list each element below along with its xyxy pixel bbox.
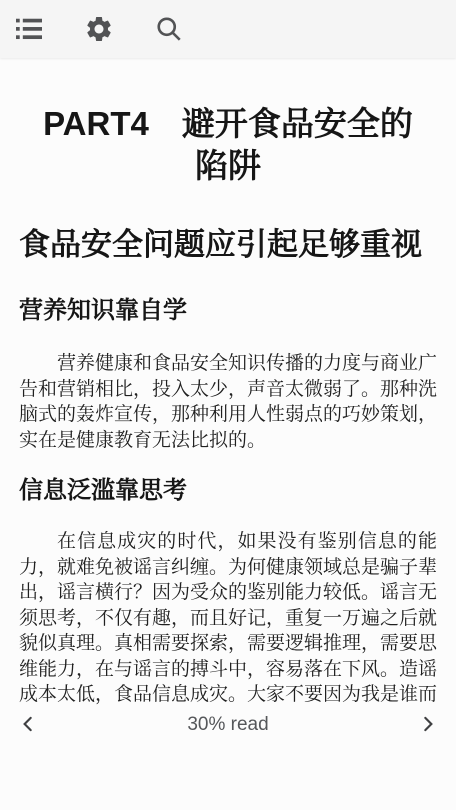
search-button[interactable] bbox=[154, 14, 184, 44]
search-icon bbox=[154, 14, 184, 44]
part-title: PART4 避开食品安全的陷阱 bbox=[19, 103, 437, 187]
top-toolbar bbox=[0, 0, 456, 58]
pagination-bar: 30% read bbox=[0, 703, 456, 747]
section-information-overload: 信息泛滥靠思考 在信息成灾的时代，如果没有鉴别信息的能力，就难免被谣言纠缠。为何… bbox=[19, 475, 437, 708]
section-nutrition-knowledge: 营养知识靠自学 营养健康和食品安全知识传播的力度与商业广告和营销相比，投入太少，… bbox=[19, 295, 437, 453]
section-heading: 营养知识靠自学 bbox=[19, 295, 437, 327]
body-paragraph: 在信息成灾的时代，如果没有鉴别信息的能力，就难免被谣言纠缠。为何健康领域总是骗子… bbox=[19, 529, 437, 708]
section-heading: 信息泛滥靠思考 bbox=[19, 475, 437, 507]
part-title-line1: PART4 避开食品安全的 bbox=[43, 105, 413, 142]
body-paragraph: 营养健康和食品安全知识传播的力度与商业广告和营销相比，投入太少，声音太微弱了。那… bbox=[19, 351, 437, 453]
gear-icon bbox=[84, 14, 114, 44]
reading-page: PART4 避开食品安全的陷阱 食品安全问题应引起足够重视 营养知识靠自学 营养… bbox=[0, 58, 456, 810]
contents-list-icon bbox=[14, 16, 44, 42]
previous-page-button[interactable] bbox=[10, 707, 46, 743]
chapter-title: 食品安全问题应引起足够重视 bbox=[19, 225, 437, 265]
contents-button[interactable] bbox=[14, 14, 44, 44]
settings-button[interactable] bbox=[84, 14, 114, 44]
part-title-line2: 陷阱 bbox=[195, 147, 261, 184]
chevron-right-icon bbox=[419, 715, 437, 736]
reading-progress-label: 30% read bbox=[187, 714, 268, 736]
chevron-left-icon bbox=[19, 715, 37, 736]
next-page-button[interactable] bbox=[410, 707, 446, 743]
